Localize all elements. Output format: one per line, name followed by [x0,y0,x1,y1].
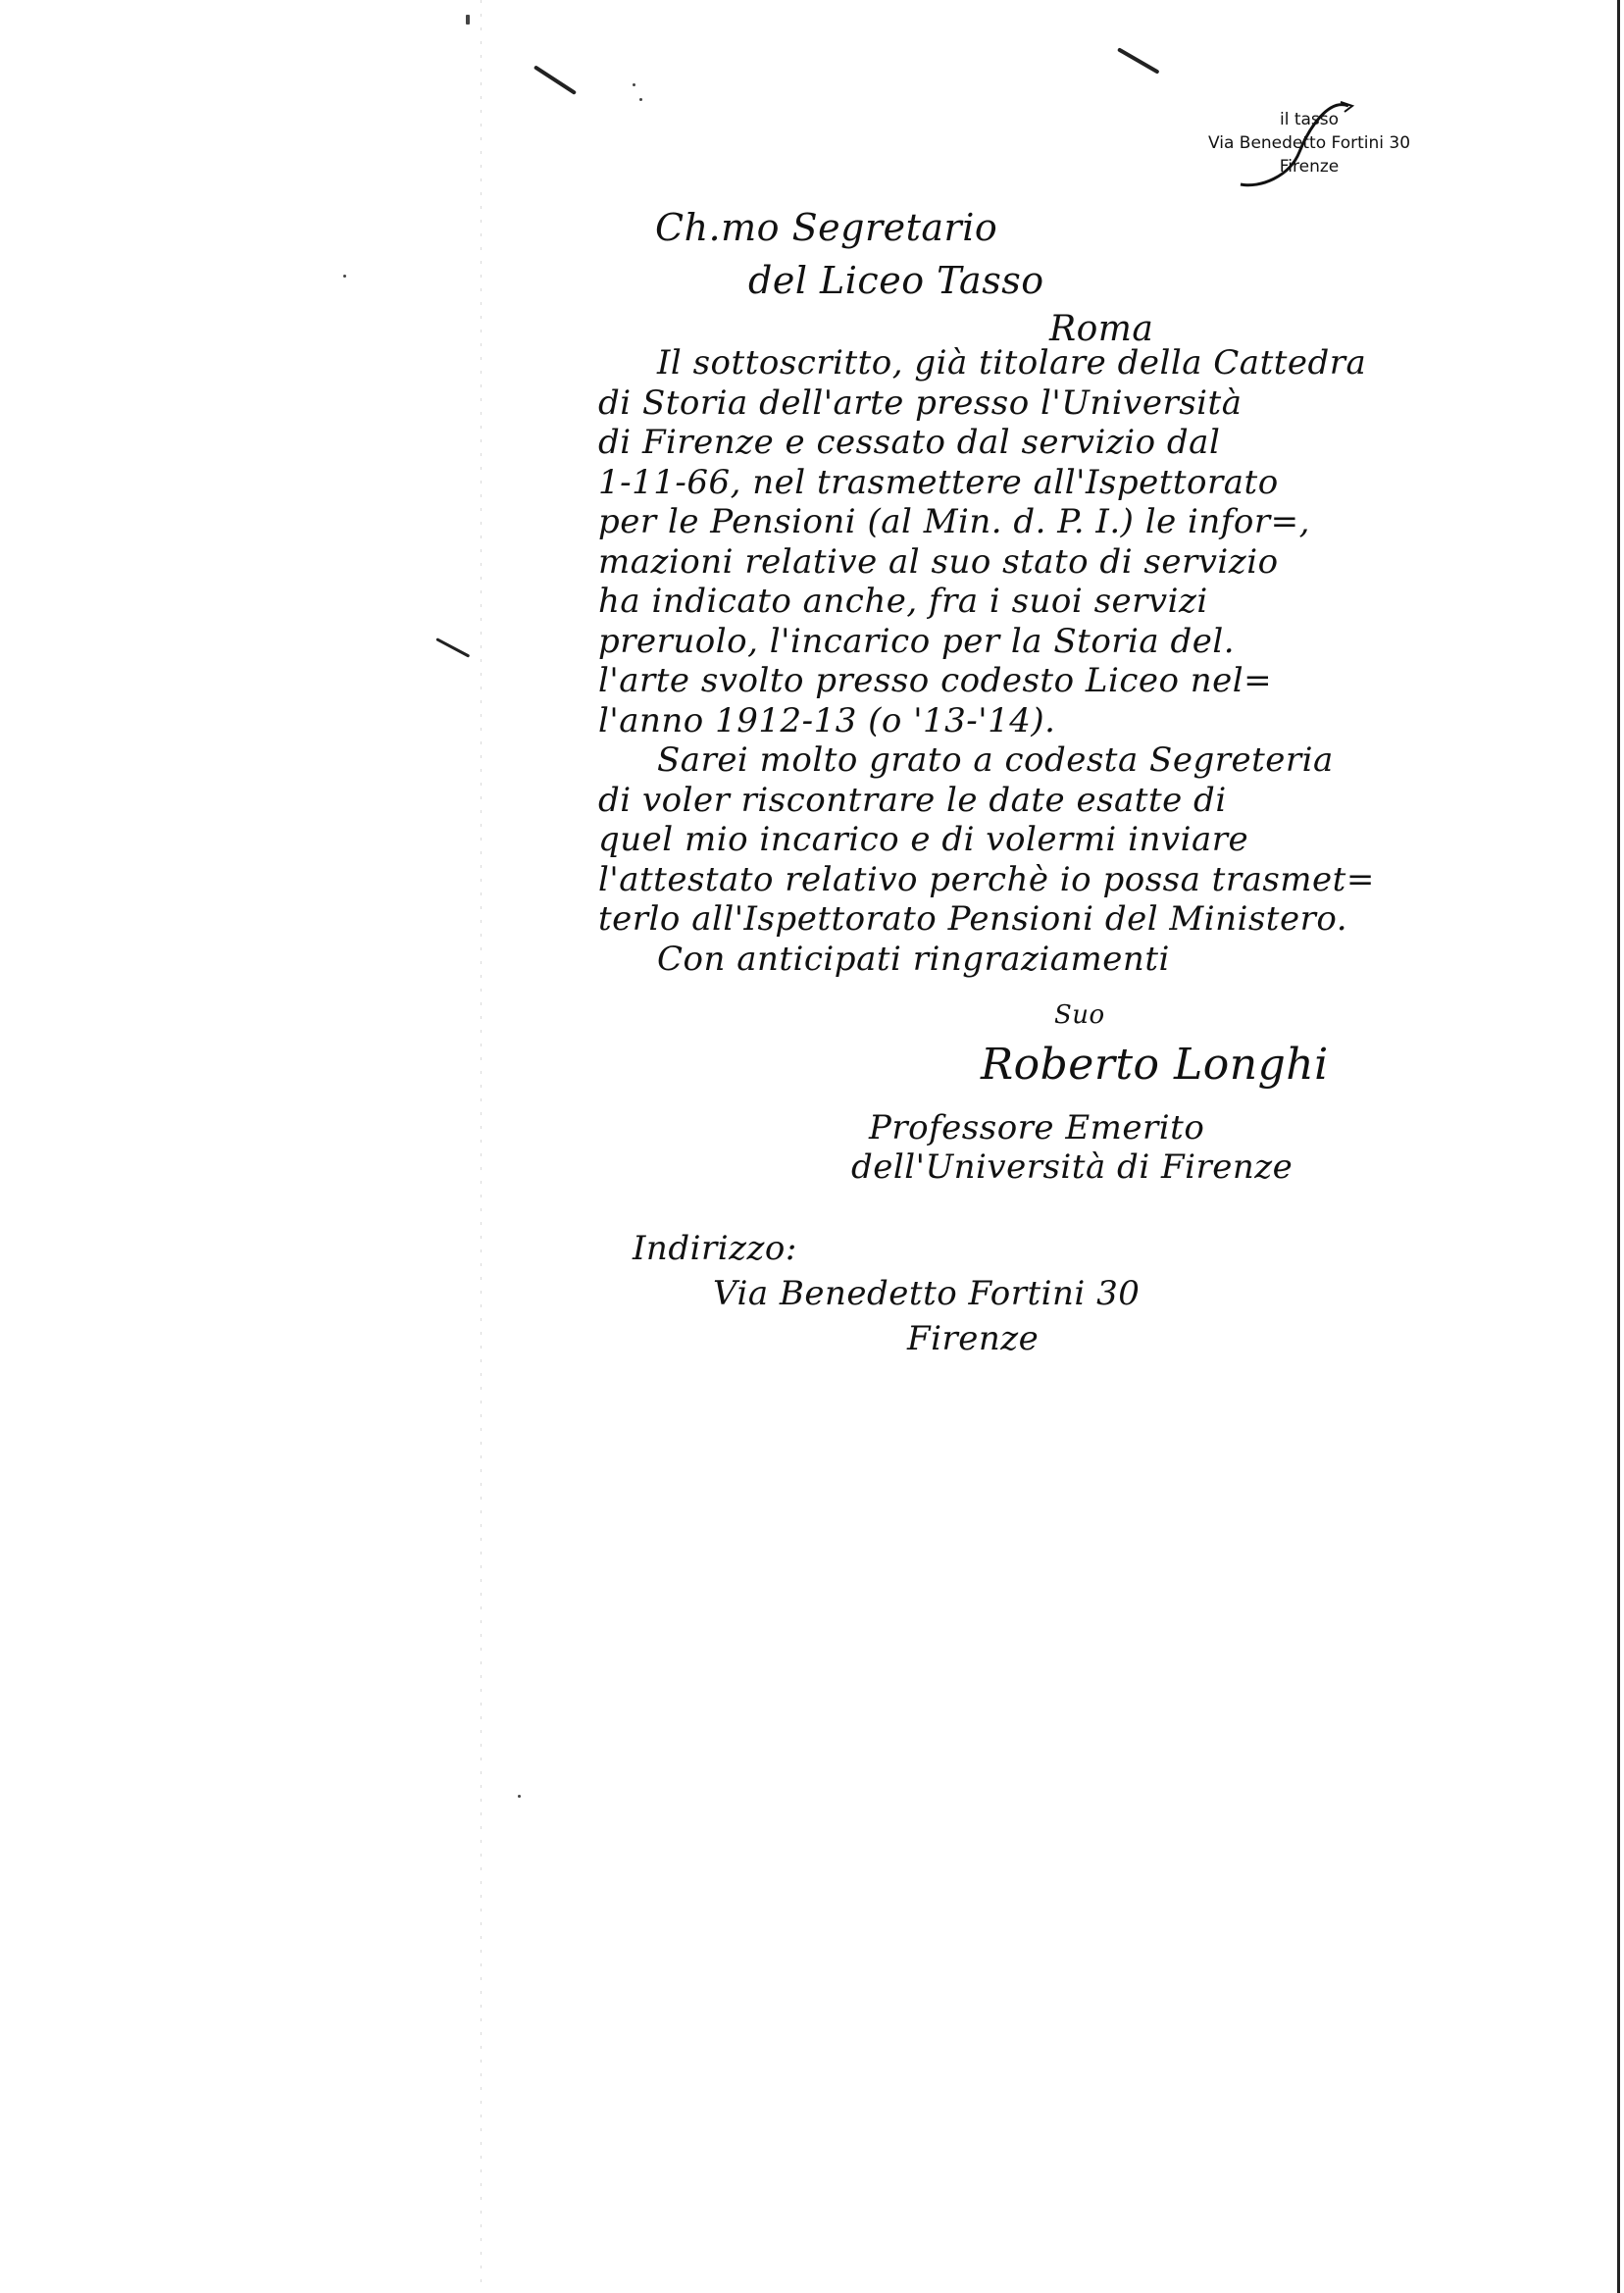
body-line: ha indicato anche, fra i suoi servizi [598,582,1375,622]
body-line: Il sottoscritto, già titolare della Catt… [598,343,1375,383]
body-line: 1-11-66, nel trasmettere all'Ispettorato [598,463,1375,503]
address-city: Firenze [633,1316,1140,1361]
body-line: di Firenze e cessato dal servizio dal [598,423,1375,463]
body-line: per le Pensioni (al Min. d. P. I.) le in… [598,502,1375,542]
body-line: mazioni relative al suo stato di servizi… [598,542,1375,583]
closing-mark: Suo [1054,1000,1105,1030]
return-address: Indirizzo: Via Benedetto Fortini 30 Fire… [633,1226,1140,1361]
scan-speck [343,275,346,278]
salutation-recipient: Ch.mo Segretario [655,206,997,249]
scan-speck [639,98,642,101]
body-line: Con anticipati ringraziamenti [598,940,1375,980]
salutation-institution: del Liceo Tasso [655,254,1044,307]
signer-title: Professore Emerito dell'Università di Fi… [851,1108,1293,1187]
scan-edge-line [1617,0,1620,2293]
letterhead: il tasso Via Benedetto Fortini 30 Firenz… [1182,108,1437,178]
letter-body: Il sottoscritto, già titolare della Catt… [598,343,1375,979]
body-line: l'arte svolto presso codesto Liceo nel= [598,661,1375,701]
scan-speck [518,1795,521,1798]
scan-speck [466,15,470,25]
body-line: terlo all'Ispettorato Pensioni del Minis… [598,899,1375,940]
body-line: Sarei molto grato a codesta Segreteria [598,740,1375,781]
scan-speck [633,83,635,86]
signature: Roberto Longhi [981,1040,1329,1090]
pen-flourish-icon [1231,98,1388,196]
signer-title-line: dell'Università di Firenze [851,1147,1293,1187]
scan-artifact-mark [1117,47,1160,74]
address-street: Via Benedetto Fortini 30 [633,1271,1140,1316]
salutation: Ch.mo Segretario del Liceo Tasso [655,201,1044,307]
scan-fold-line [481,0,482,2293]
body-line: di Storia dell'arte presso l'Università [598,383,1375,424]
signer-title-line: Professore Emerito [851,1108,1293,1147]
scan-artifact-mark [435,637,470,657]
body-line: di voler riscontrare le date esatte di [598,781,1375,821]
body-line: l'anno 1912-13 (o '13-'14). [598,701,1375,741]
scanned-letter-page: il tasso Via Benedetto Fortini 30 Firenz… [0,0,1624,2293]
scan-artifact-mark [533,65,577,95]
body-line: l'attestato relativo perchè io possa tra… [598,860,1375,900]
body-line: preruolo, l'incarico per la Storia del. [598,622,1375,662]
address-label: Indirizzo: [633,1226,1140,1271]
body-line: quel mio incarico e di volermi inviare [598,820,1375,860]
